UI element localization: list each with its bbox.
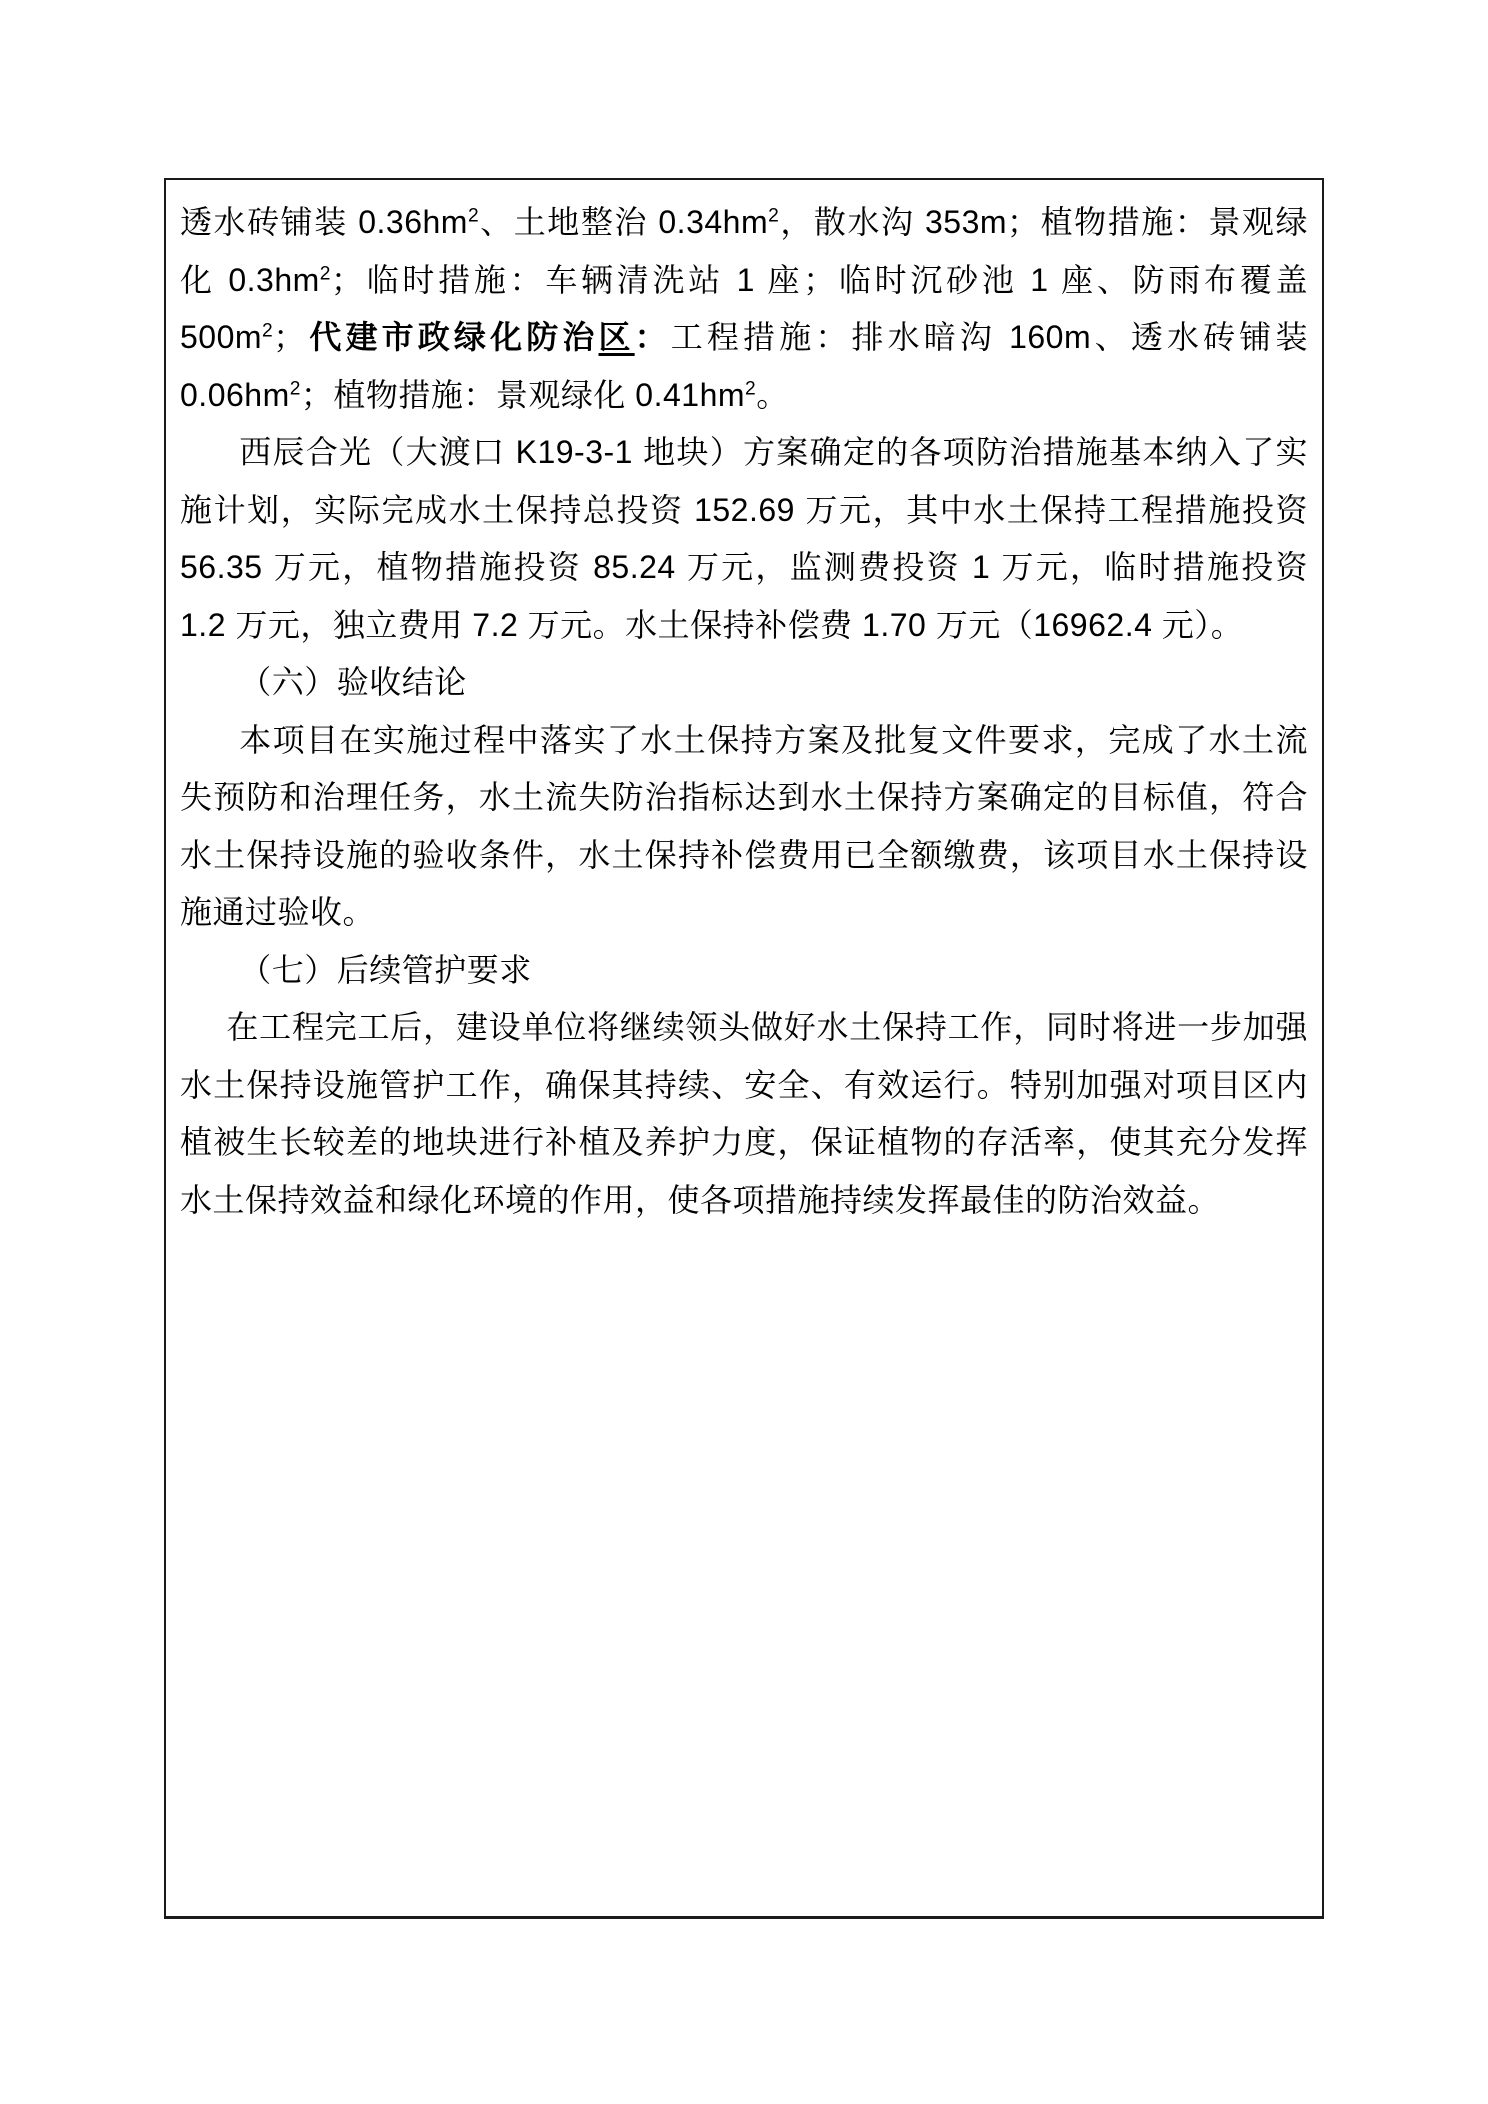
text-run: ： xyxy=(635,319,671,355)
paragraph: （七）后续管护要求 xyxy=(180,942,1308,1000)
text-run: 透水砖铺装 0.36hm xyxy=(180,204,468,240)
text-run: 本项目在实施过程中落实了水土保持方案及批复文件要求，完成了水土流失预防和治理任务… xyxy=(180,722,1308,931)
paragraph: （六）验收结论 xyxy=(180,654,1308,712)
superscript-run: 2 xyxy=(768,205,779,226)
text-run: 西辰合光（大渡口 K19-3-1 地块）方案确定的各项防治措施基本纳入了实施计划… xyxy=(180,434,1317,643)
text-run: ； xyxy=(273,319,306,355)
superscript-run: 2 xyxy=(262,320,273,341)
paragraph: 西辰合光（大渡口 K19-3-1 地块）方案确定的各项防治措施基本纳入了实施计划… xyxy=(180,424,1308,654)
text-run: 、土地整治 0.34hm xyxy=(479,204,768,240)
superscript-run: 2 xyxy=(290,378,301,399)
text-run: （七）后续管护要求 xyxy=(239,952,532,988)
superscript-run: 2 xyxy=(468,205,479,226)
document-page: 透水砖铺装 0.36hm2、土地整治 0.34hm2，散水沟 353m；植物措施… xyxy=(0,0,1488,2104)
text-run: 在工程完工后，建设单位将继续领头做好水土保持工作，同时将进一步加强水土保持设施管… xyxy=(180,1009,1308,1218)
table-cell-border: 透水砖铺装 0.36hm2、土地整治 0.34hm2，散水沟 353m；植物措施… xyxy=(164,178,1324,1919)
document-body: 透水砖铺装 0.36hm2、土地整治 0.34hm2，散水沟 353m；植物措施… xyxy=(180,194,1308,1229)
paragraph: 透水砖铺装 0.36hm2、土地整治 0.34hm2，散水沟 353m；植物措施… xyxy=(180,194,1308,424)
text-run: （六）验收结论 xyxy=(239,664,467,700)
text-run: 代建市政绿化防治 xyxy=(306,319,599,355)
superscript-run: 2 xyxy=(320,263,331,284)
paragraph: 在工程完工后，建设单位将继续领头做好水土保持工作，同时将进一步加强水土保持设施管… xyxy=(180,999,1308,1229)
superscript-run: 2 xyxy=(745,378,756,399)
text-run: 区 xyxy=(599,319,635,355)
text-run: 。 xyxy=(756,377,789,413)
paragraph: 本项目在实施过程中落实了水土保持方案及批复文件要求，完成了水土流失预防和治理任务… xyxy=(180,712,1308,942)
text-run: ；植物措施：景观绿化 0.41hm xyxy=(301,377,745,413)
